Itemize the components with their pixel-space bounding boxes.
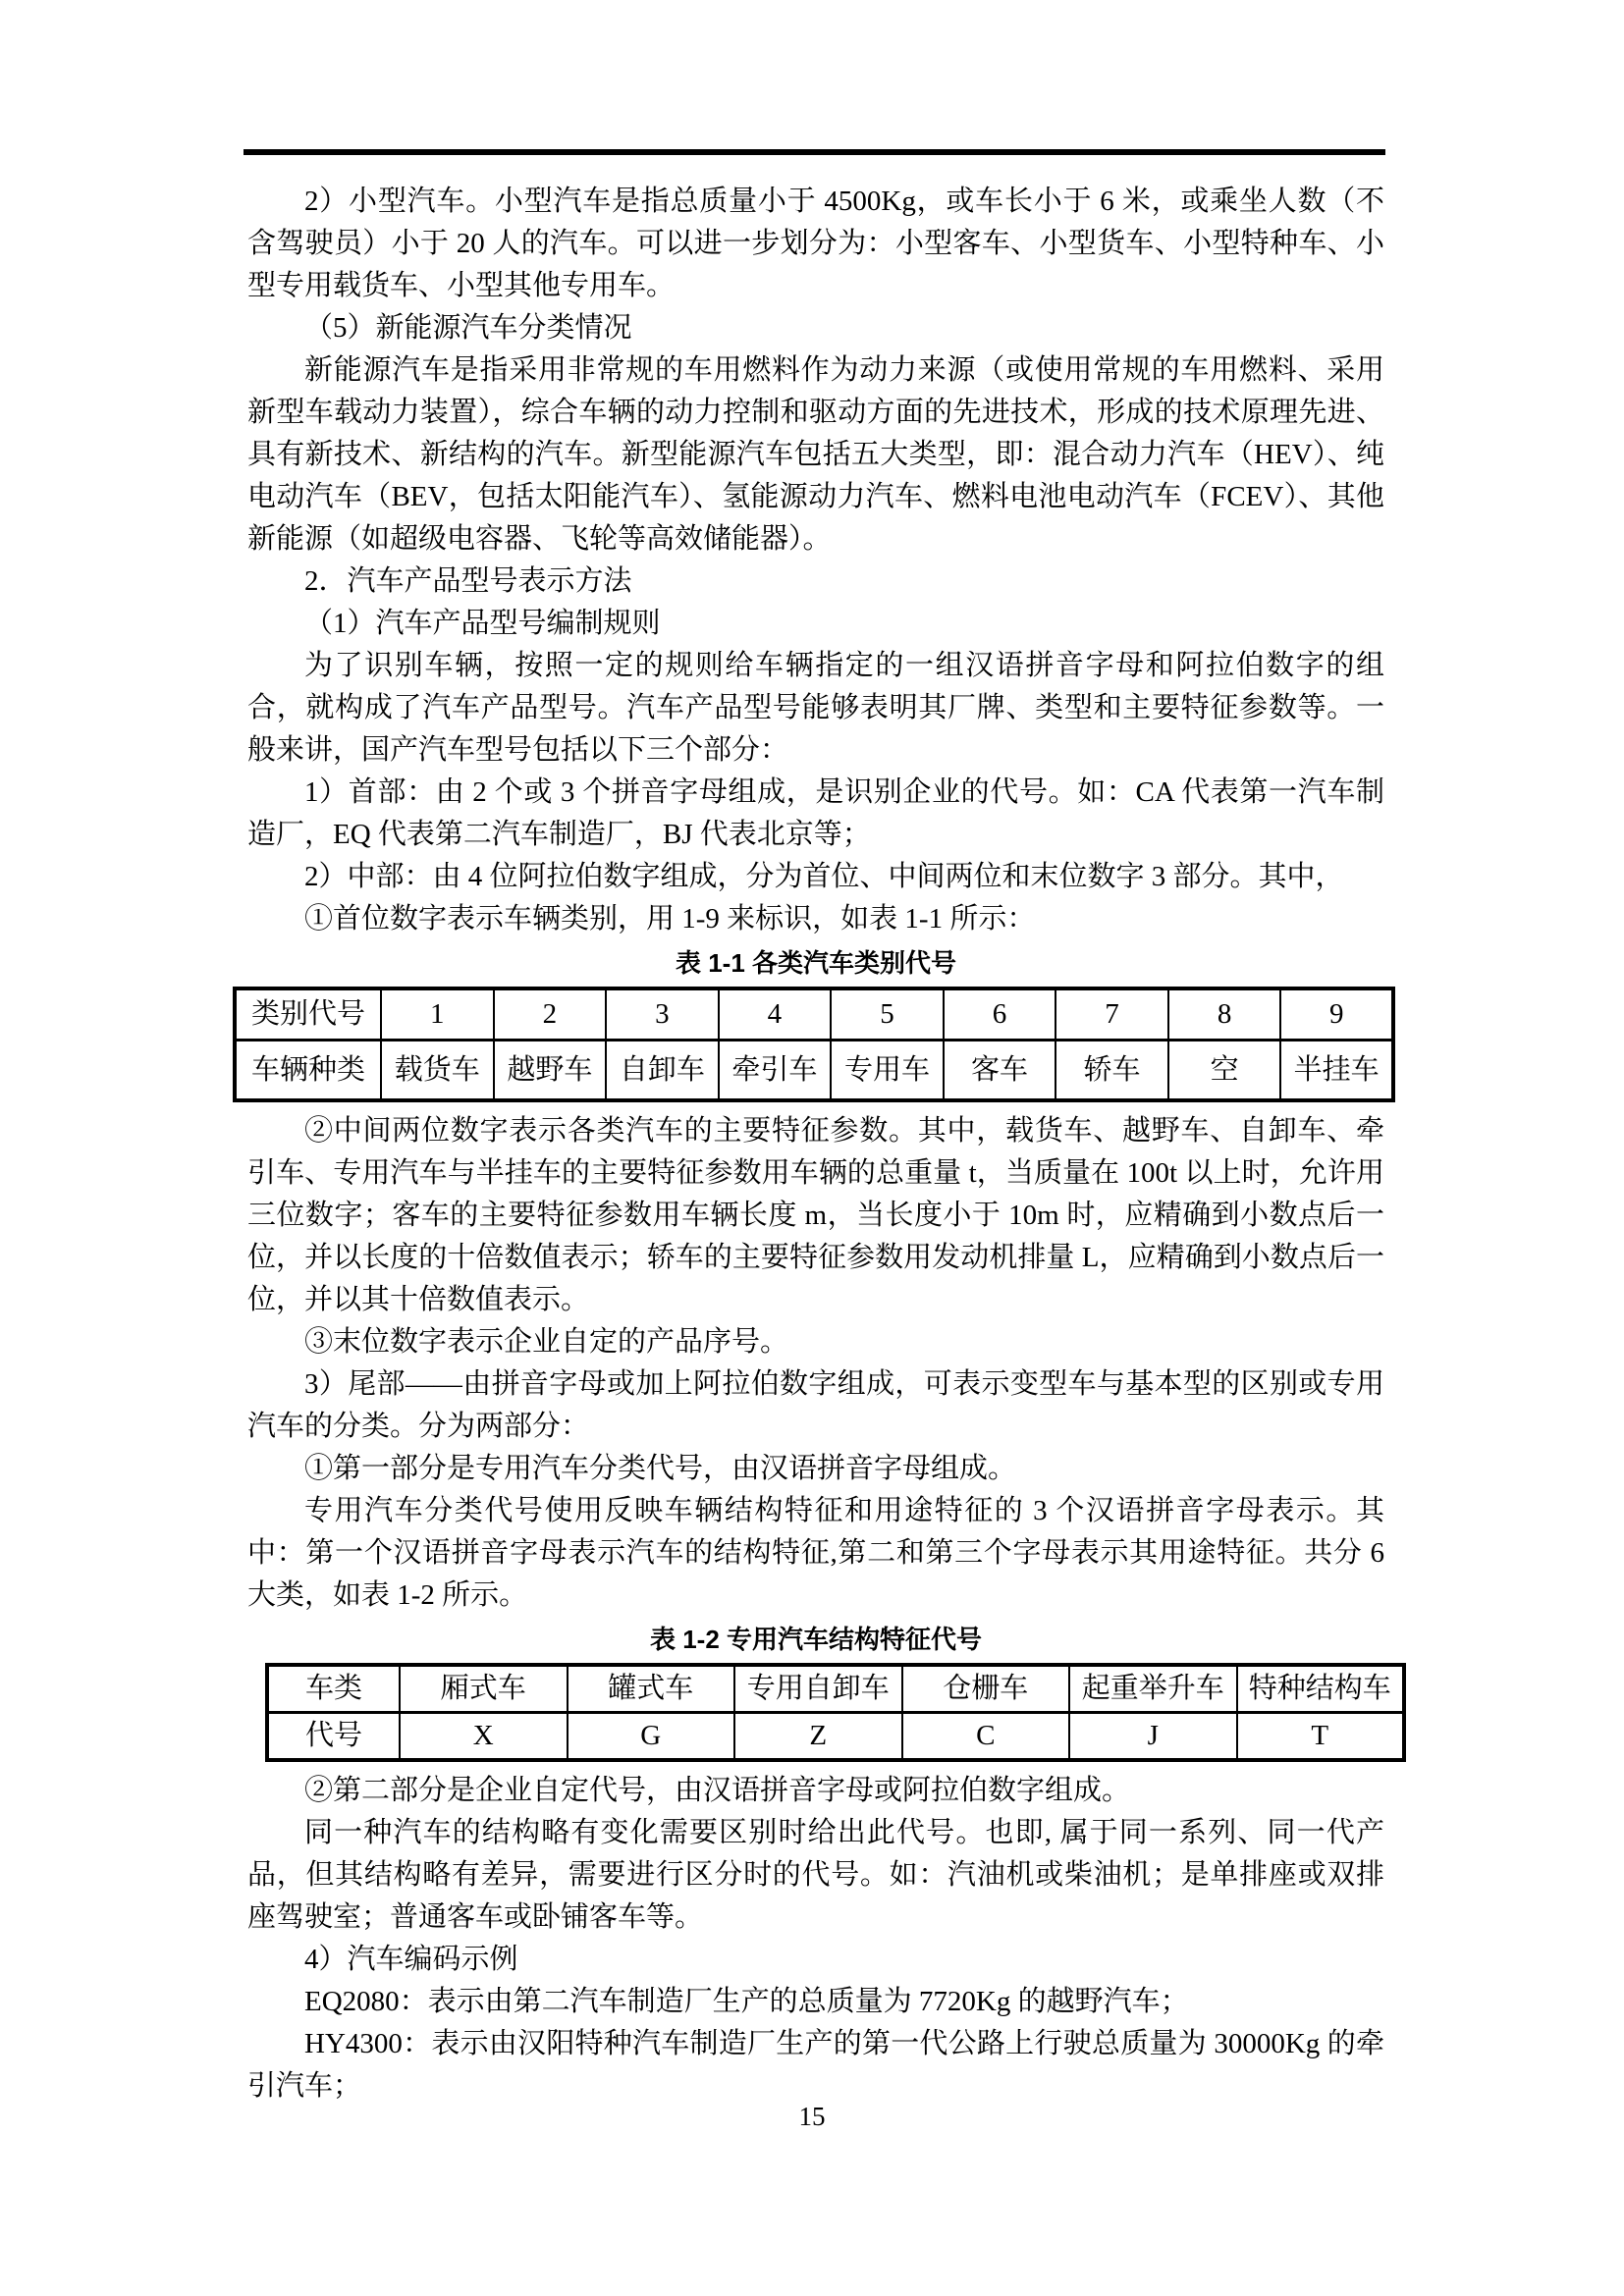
body-paragraph: HY4300：表示由汉阳特种汽车制造厂生产的第一代公路上行驶总质量为 30000…: [247, 2023, 1384, 2108]
table-cell: 9: [1280, 988, 1393, 1041]
body-paragraph: 1）首部：由 2 个或 3 个拼音字母组成，是识别企业的代号。如：CA 代表第一…: [247, 772, 1384, 856]
table-cell: 特种结构车: [1237, 1665, 1405, 1713]
body-paragraph: 新能源汽车是指采用非常规的车用燃料作为动力来源（或使用常规的车用燃料、采用新型车…: [247, 349, 1384, 561]
table-cell: 自卸车: [606, 1041, 719, 1101]
body-paragraph: ①第一部分是专用汽车分类代号，由汉语拼音字母组成。: [247, 1448, 1384, 1490]
table-cell: C: [902, 1713, 1070, 1761]
heading-paragraph: （1）汽车产品型号编制规则: [247, 603, 1384, 645]
table-cell: 3: [606, 988, 719, 1041]
table-cell: 类别代号: [235, 988, 381, 1041]
table-cell: 2: [494, 988, 607, 1041]
table-cell: 4: [719, 988, 832, 1041]
table-cell: 厢式车: [400, 1665, 568, 1713]
table-cell: 专用车: [831, 1041, 944, 1101]
table-cell: Z: [734, 1713, 902, 1761]
body-paragraph: 专用汽车分类代号使用反映车辆结构特征和用途特征的 3 个汉语拼音字母表示。其中：…: [247, 1490, 1384, 1617]
table-cell: 载货车: [381, 1041, 494, 1101]
table-cell: 半挂车: [1280, 1041, 1393, 1101]
table-1-1: 类别代号 1 2 3 4 5 6 7 8 9 车辆种类 载货车 越野车 自卸车 …: [233, 987, 1395, 1102]
table-cell: 6: [944, 988, 1056, 1041]
body-paragraph: 2）小型汽车。小型汽车是指总质量小于 4500Kg，或车长小于 6 米，或乘坐人…: [247, 181, 1384, 307]
body-paragraph: 为了识别车辆，按照一定的规则给车辆指定的一组汉语拼音字母和阿拉伯数字的组合，就构…: [247, 645, 1384, 772]
table-cell: 起重举升车: [1069, 1665, 1237, 1713]
table-cell: 牵引车: [719, 1041, 832, 1101]
table-1-1-caption: 表 1-1 各类汽车类别代号: [247, 943, 1384, 983]
table-row: 类别代号 1 2 3 4 5 6 7 8 9: [235, 988, 1393, 1041]
body-paragraph: 3）尾部——由拼音字母或加上阿拉伯数字组成，可表示变型车与基本型的区别或专用汽车…: [247, 1363, 1384, 1448]
table-cell: 专用自卸车: [734, 1665, 902, 1713]
table-row: 代号 X G Z C J T: [267, 1713, 1404, 1761]
table-cell: 轿车: [1056, 1041, 1168, 1101]
table-cell: 1: [381, 988, 494, 1041]
table-cell: 仓栅车: [902, 1665, 1070, 1713]
table-cell: G: [568, 1713, 735, 1761]
document-page: 2）小型汽车。小型汽车是指总质量小于 4500Kg，或车长小于 6 米，或乘坐人…: [0, 0, 1624, 2296]
page-number: 15: [0, 2097, 1624, 2136]
table-cell: 代号: [267, 1713, 400, 1761]
heading-paragraph: 2．汽车产品型号表示方法: [247, 561, 1384, 603]
body-paragraph: EQ2080：表示由第二汽车制造厂生产的总质量为 7720Kg 的越野汽车；: [247, 1981, 1384, 2023]
table-1-2: 车类 厢式车 罐式车 专用自卸车 仓栅车 起重举升车 特种结构车 代号 X G …: [265, 1663, 1406, 1762]
table-cell: J: [1069, 1713, 1237, 1761]
table-row: 车类 厢式车 罐式车 专用自卸车 仓栅车 起重举升车 特种结构车: [267, 1665, 1404, 1713]
table-cell: 越野车: [494, 1041, 607, 1101]
heading-paragraph: （5）新能源汽车分类情况: [247, 307, 1384, 349]
table-cell: 车辆种类: [235, 1041, 381, 1101]
body-paragraph: 2）中部：由 4 位阿拉伯数字组成，分为首位、中间两位和末位数字 3 部分。其中…: [247, 856, 1384, 898]
table-row: 车辆种类 载货车 越野车 自卸车 牵引车 专用车 客车 轿车 空 半挂车: [235, 1041, 1393, 1101]
table-cell: 5: [831, 988, 944, 1041]
body-paragraph: ②第二部分是企业自定代号，由汉语拼音字母或阿拉伯数字组成。: [247, 1770, 1384, 1812]
table-1-2-caption: 表 1-2 专用汽车结构特征代号: [247, 1620, 1384, 1659]
table-cell: 8: [1168, 988, 1281, 1041]
table-cell: 7: [1056, 988, 1168, 1041]
body-paragraph: ②中间两位数字表示各类汽车的主要特征参数。其中，载货车、越野车、自卸车、牵引车、…: [247, 1110, 1384, 1321]
body-paragraph: 同一种汽车的结构略有变化需要区别时给出此代号。也即, 属于同一系列、同一代产品，…: [247, 1812, 1384, 1939]
table-cell: T: [1237, 1713, 1405, 1761]
table-cell: 空: [1168, 1041, 1281, 1101]
table-cell: 客车: [944, 1041, 1056, 1101]
table-cell: 车类: [267, 1665, 400, 1713]
table-cell: 罐式车: [568, 1665, 735, 1713]
body-paragraph: ①首位数字表示车辆类别，用 1-9 来标识，如表 1-1 所示：: [247, 898, 1384, 940]
header-rule: [244, 149, 1385, 155]
page-content: 2）小型汽车。小型汽车是指总质量小于 4500Kg，或车长小于 6 米，或乘坐人…: [247, 181, 1384, 2108]
heading-paragraph: 4）汽车编码示例: [247, 1939, 1384, 1981]
body-paragraph: ③末位数字表示企业自定的产品序号。: [247, 1321, 1384, 1363]
table-cell: X: [400, 1713, 568, 1761]
